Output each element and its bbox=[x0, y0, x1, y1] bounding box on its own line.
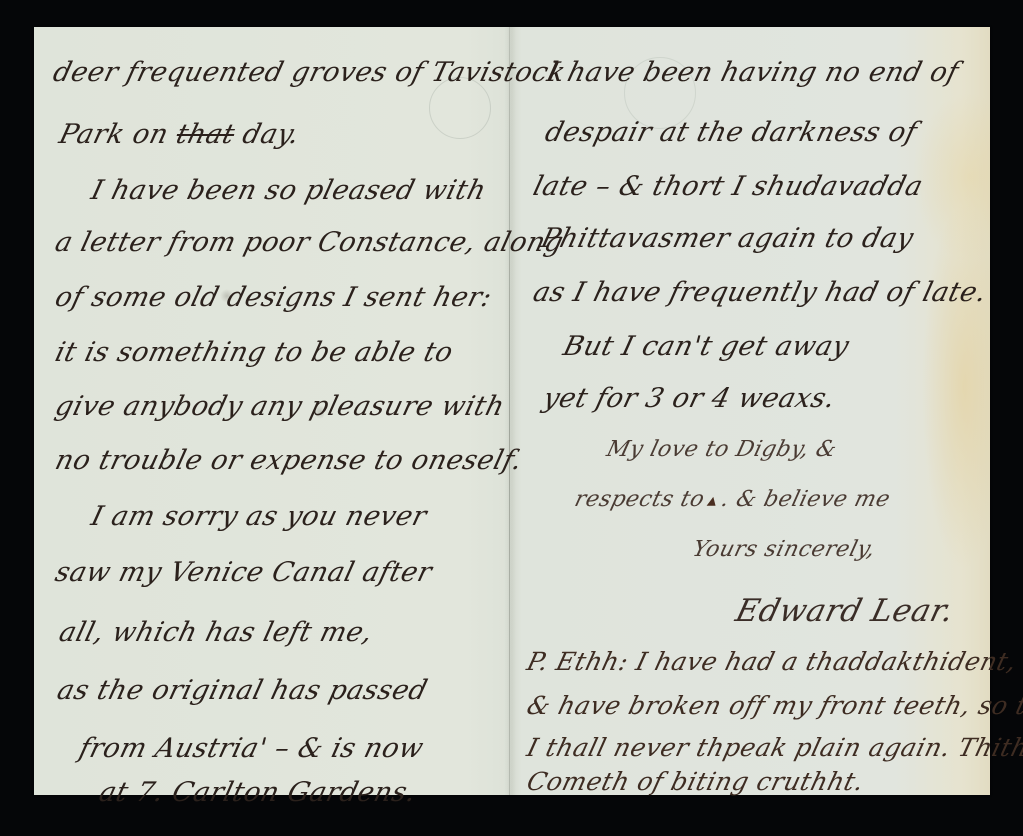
handwritten-line: I have been having no end of bbox=[544, 57, 962, 88]
handwritten-line: I thall never thpeak plain again. Thith bbox=[524, 733, 1023, 762]
line-text: . & believe me bbox=[719, 487, 893, 512]
handwritten-line: all, which has left me, bbox=[56, 617, 376, 648]
handwritten-line: at 7. Carlton Gardens. bbox=[96, 777, 420, 808]
struck-word: that bbox=[173, 119, 238, 150]
handwritten-line: deer frequented groves of Tavistock bbox=[50, 57, 569, 88]
handwritten-line: My love to Digby, & bbox=[604, 437, 839, 462]
small-dog-doodle-icon: ▴ bbox=[705, 490, 720, 511]
handwritten-line: a letter from poor Constance, along bbox=[52, 227, 567, 258]
handwritten-line: Park on that day. bbox=[56, 119, 303, 150]
right-page: I have been having no end ofdespair at t… bbox=[510, 27, 990, 795]
handwritten-line: Yours sincerely, bbox=[690, 537, 878, 562]
handwritten-line: P. Ethh: I have had a thaddakthident, bbox=[524, 647, 1020, 676]
handwritten-line: I am sorry as you never bbox=[88, 501, 430, 532]
handwritten-line: of some old designs I sent her: bbox=[52, 282, 495, 313]
handwritten-line: & have broken off my front teeth, so tha… bbox=[524, 691, 1023, 720]
handwritten-line: Phittavasmer again to day bbox=[538, 223, 917, 254]
handwritten-line: But I can't get away bbox=[560, 331, 852, 362]
handwritten-line: Cometh of biting cruthht. bbox=[524, 767, 867, 796]
handwritten-line: it is something to be able to bbox=[52, 337, 456, 368]
handwritten-line: Edward Lear. bbox=[732, 593, 958, 629]
line-text: respects to bbox=[572, 487, 707, 512]
handwritten-line: despair at the darkness of bbox=[542, 117, 920, 148]
handwritten-line: from Austria' – & is now bbox=[76, 733, 427, 764]
line-text: day. bbox=[230, 119, 302, 150]
left-page: deer frequented groves of TavistockPark … bbox=[34, 27, 509, 795]
handwritten-line: respects to▴. & believe me bbox=[572, 487, 893, 512]
handwritten-line: no trouble or expense to oneself. bbox=[52, 445, 526, 476]
handwritten-line: late – & thort I shudavadda bbox=[530, 171, 926, 202]
handwritten-line: I have been so pleased with bbox=[88, 175, 489, 206]
handwritten-line: yet for 3 or 4 weaxs. bbox=[540, 383, 839, 414]
handwritten-line: saw my Venice Canal after bbox=[52, 557, 435, 588]
handwritten-line: give anybody any pleasure with bbox=[52, 391, 508, 422]
line-text: Park on bbox=[56, 119, 181, 150]
letter-sheet: deer frequented groves of TavistockPark … bbox=[34, 27, 990, 795]
handwritten-line: as I have frequently had of late. bbox=[530, 277, 990, 308]
handwritten-line: as the original has passed bbox=[54, 675, 431, 706]
